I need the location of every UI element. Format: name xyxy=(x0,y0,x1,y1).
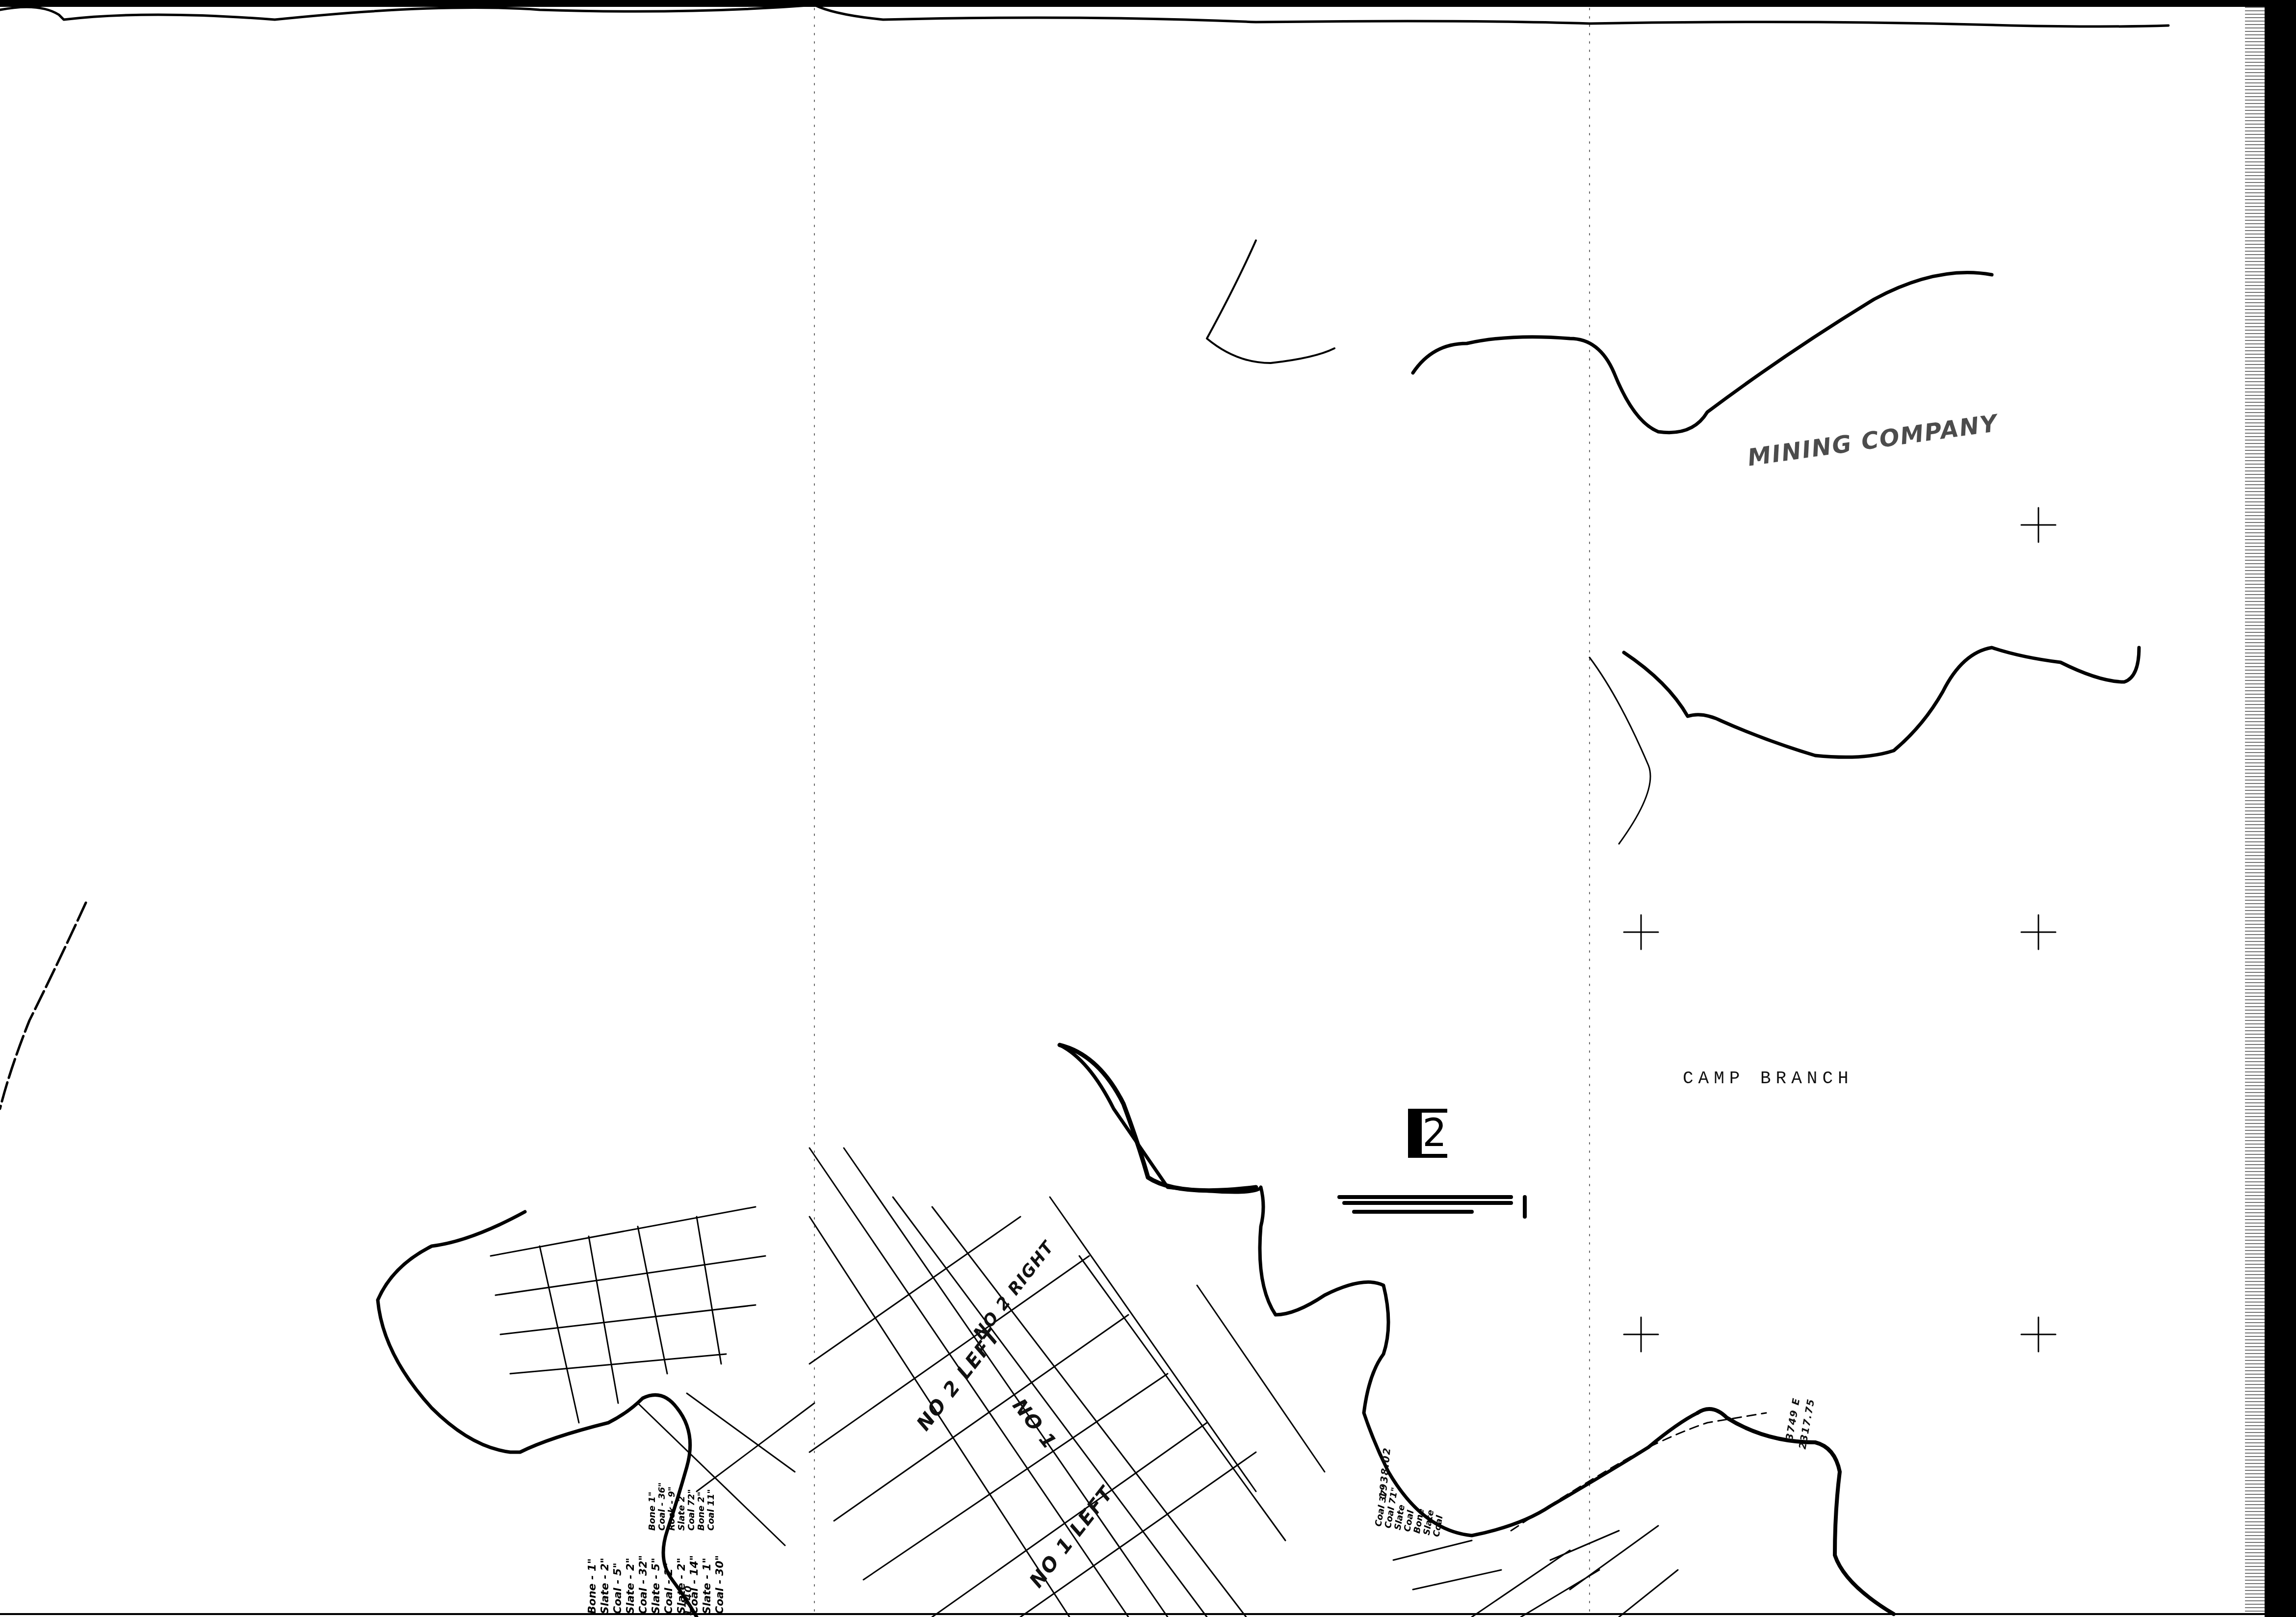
outcrop-line-north-west xyxy=(1207,240,1334,363)
sheet-number: 2 xyxy=(1422,1111,1447,1155)
seam-row: Bone 2" xyxy=(697,1483,706,1531)
seam-row: Slate - 1" xyxy=(701,1555,714,1614)
seam-row: Coal - 36" xyxy=(657,1483,667,1531)
sheet-edge-curve xyxy=(0,5,2168,26)
sheet-number-marker: 2 xyxy=(1408,1109,1447,1158)
outcrop-line-north xyxy=(1413,273,1992,433)
seam-row: Rock - 9" xyxy=(667,1483,677,1531)
seam-table-b: Bone 1" Coal - 36" Rock - 9" Slate 2" Co… xyxy=(648,1483,716,1531)
seam-row: Bone 1" xyxy=(648,1483,657,1531)
elevation-label-a: 1740 xyxy=(682,1585,694,1616)
branch-road xyxy=(1590,657,1650,844)
road-west xyxy=(0,903,86,1109)
seam-row: Coal - 30" xyxy=(714,1555,727,1614)
fold-line xyxy=(814,0,1590,1617)
bottom-rule xyxy=(0,1613,2296,1615)
mine-workings xyxy=(491,1148,1678,1617)
creek-line xyxy=(1060,1045,1256,1191)
seam-row: Coal 11" xyxy=(706,1483,716,1531)
top-edge xyxy=(0,0,2296,7)
scan-edge xyxy=(2265,0,2296,1617)
seam-row: Coal - 32" xyxy=(637,1555,650,1614)
seam-row: Coal - 2" xyxy=(663,1555,676,1614)
seam-row: Slate - 2" xyxy=(599,1555,612,1614)
survey-line-dashed xyxy=(1511,1413,1766,1531)
seam-row: Slate - 2" xyxy=(625,1555,637,1614)
seam-row: Bone - 1" xyxy=(586,1555,599,1614)
seam-row: Coal - 5" xyxy=(612,1555,625,1614)
scale-bar xyxy=(1339,1197,1525,1217)
seam-row: Slate - 5" xyxy=(650,1555,663,1614)
grid-cross xyxy=(1624,508,2056,1352)
seam-row: Slate 2" xyxy=(677,1483,687,1531)
map-canvas xyxy=(0,0,2296,1617)
workings-boundary-east xyxy=(1060,1045,1697,1536)
seam-table-a: Bone - 1" Slate - 2" Coal - 5" Slate - 2… xyxy=(586,1555,727,1614)
scan-edge-fringe xyxy=(2245,0,2265,1617)
outcrop-line-middle xyxy=(1624,648,2139,757)
label-camp-branch: CAMP BRANCH xyxy=(1683,1069,1853,1089)
workings-boundary-far-east xyxy=(1697,1409,1894,1614)
seam-row: Coal 72" xyxy=(687,1483,697,1531)
